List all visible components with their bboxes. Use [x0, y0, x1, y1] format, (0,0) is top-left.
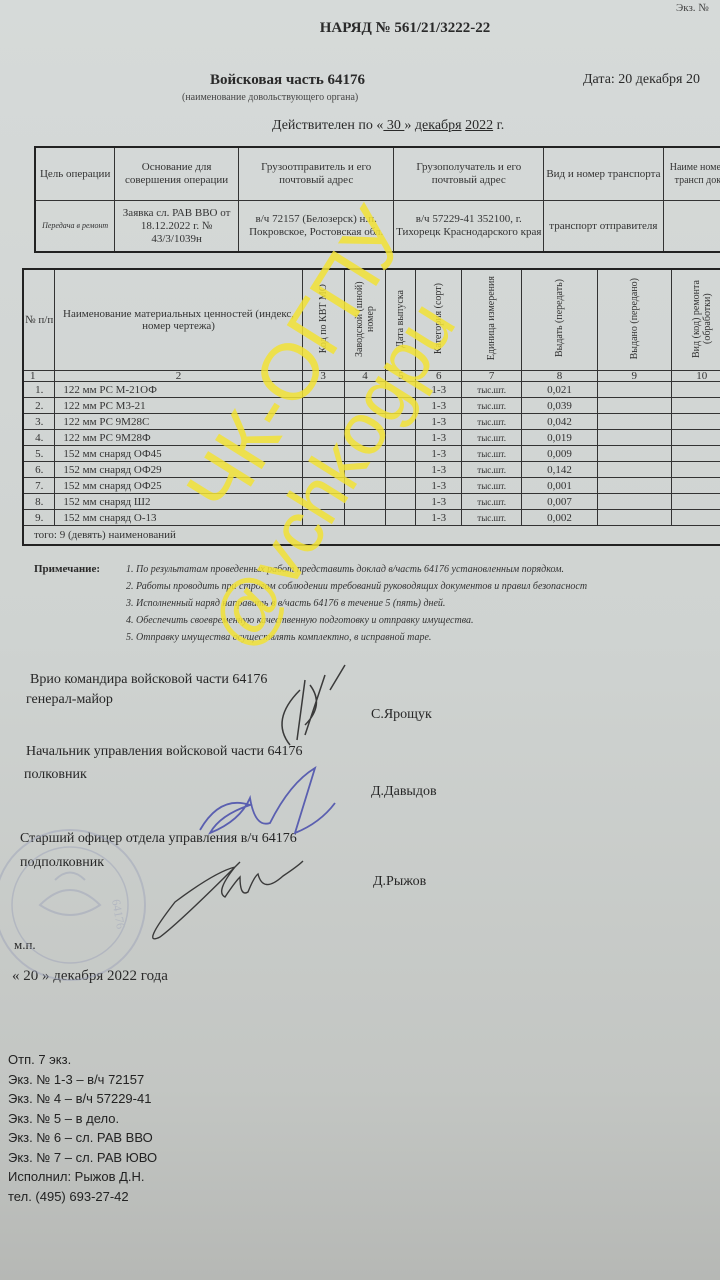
note-item: 3. Исполненный наряд направить в в/часть…: [126, 598, 445, 609]
column-number: 6: [416, 371, 462, 382]
item-category: 1-3: [416, 510, 462, 526]
items-header-cell: Выдано (передано): [597, 269, 671, 371]
item-serial: [344, 446, 386, 462]
item-quantity: 0,039: [522, 398, 598, 414]
item-date: [386, 478, 416, 494]
unit-caption: (наименование довольствующего органа): [182, 92, 358, 103]
item-category: 1-3: [416, 414, 462, 430]
distribution-line: тел. (495) 693-27-42: [8, 1189, 129, 1204]
document-date: Дата: 20 декабря 20: [583, 72, 700, 88]
item-number: 7.: [23, 478, 55, 494]
item-category: 1-3: [416, 446, 462, 462]
item-number: 3.: [23, 414, 55, 430]
items-header-cell: Дата выпуска: [386, 269, 416, 371]
item-serial: [344, 430, 386, 446]
distribution-line: Экз. № 7 – сл. РАВ ЮВО: [8, 1150, 157, 1165]
op-header-cell: Грузополучатель и его почтовый адрес: [394, 147, 544, 201]
item-name: 122 мм РС 9М28Ф: [55, 430, 302, 446]
items-header-cell: Заводской (шной) номер: [344, 269, 386, 371]
items-table: № п/п Наименование материальных ценносте…: [22, 268, 720, 546]
validity-prefix: Действителен по «: [272, 118, 383, 133]
item-name: 122 мм РС М3-21: [55, 398, 302, 414]
items-header-text: Дата выпуска: [395, 290, 406, 348]
items-header-cell: Вид (код) ремонта (обработки): [671, 269, 720, 371]
items-header-cell: Код по КВТ МО: [302, 269, 344, 371]
stamp-place-label: м.п.: [14, 937, 36, 953]
items-header-text: Код по КВТ МО: [318, 284, 329, 353]
signing-date: « 20 » декабря 2022 года: [12, 968, 168, 985]
note-item: 2. Работы проводить при строгом соблюден…: [126, 581, 587, 592]
op-header-cell: Основание для совершения операции: [115, 147, 239, 201]
operation-table: Цель операции Основание для совершения о…: [34, 146, 720, 253]
item-issued: [597, 430, 671, 446]
item-category: 1-3: [416, 430, 462, 446]
item-repair-type: [671, 398, 720, 414]
signature-1-icon: [282, 665, 345, 745]
item-kvt-code: [302, 382, 344, 398]
item-name: 152 мм снаряд Ш2: [55, 494, 302, 510]
items-header-text: Единица измерения: [486, 276, 497, 360]
item-kvt-code: [302, 510, 344, 526]
distribution-line: Исполнил: Рыжов Д.Н.: [8, 1169, 145, 1184]
signature-3-icon: [153, 861, 303, 939]
items-header-cell: Наименование материальных ценностей (инд…: [55, 269, 302, 371]
unit-name: Войсковая часть 64176: [210, 72, 365, 89]
item-row: 6.152 мм снаряд ОФ291-3тыс.шт.0,142: [23, 462, 720, 478]
item-quantity: 0,009: [522, 446, 598, 462]
column-number: 4: [344, 371, 386, 382]
items-header-text: Категория (сорт): [433, 283, 444, 354]
item-number: 5.: [23, 446, 55, 462]
validity-line: Действителен по « 30 » декабря 2022 г.: [272, 118, 504, 134]
item-date: [386, 494, 416, 510]
item-unit: тыс.шт.: [462, 478, 522, 494]
signatory-rank: полковник: [24, 767, 87, 783]
column-number: 2: [55, 371, 302, 382]
item-issued: [597, 414, 671, 430]
distribution-line: Экз. № 4 – в/ч 57229-41: [8, 1091, 151, 1106]
item-unit: тыс.шт.: [462, 430, 522, 446]
item-serial: [344, 510, 386, 526]
document-title: НАРЯД № 561/21/3222-22: [0, 20, 720, 37]
signatory-name: С.Ярощук: [371, 707, 432, 723]
item-row: 7.152 мм снаряд ОФ251-3тыс.шт.0,001: [23, 478, 720, 494]
item-quantity: 0,019: [522, 430, 598, 446]
item-serial: [344, 462, 386, 478]
op-basis-cell: Заявка сл. РАВ ВВО от 18.12.2022 г. № 43…: [115, 201, 239, 253]
item-unit: тыс.шт.: [462, 462, 522, 478]
item-kvt-code: [302, 462, 344, 478]
items-header-cell: Категория (сорт): [416, 269, 462, 371]
validity-month: декабря: [415, 118, 462, 133]
item-name: 122 мм РС М-21ОФ: [55, 382, 302, 398]
distribution-line: Отп. 7 экз.: [8, 1052, 71, 1067]
item-serial: [344, 478, 386, 494]
op-header-cell: Цель операции: [35, 147, 115, 201]
validity-day: 30: [383, 118, 404, 133]
validity-suffix: г.: [493, 118, 504, 133]
item-unit: тыс.шт.: [462, 494, 522, 510]
item-kvt-code: [302, 398, 344, 414]
signatory-rank: подполковник: [20, 855, 104, 871]
item-issued: [597, 462, 671, 478]
item-number: 1.: [23, 382, 55, 398]
item-repair-type: [671, 414, 720, 430]
item-row: 5.152 мм снаряд ОФ451-3тыс.шт.0,009: [23, 446, 720, 462]
item-serial: [344, 414, 386, 430]
signatory-rank: генерал-майор: [26, 692, 113, 708]
note-item: 4. Обеспечить своевременную качественную…: [126, 615, 473, 626]
item-name: 152 мм снаряд ОФ25: [55, 478, 302, 494]
validity-year: 2022: [465, 118, 493, 133]
item-repair-type: [671, 462, 720, 478]
item-number: 2.: [23, 398, 55, 414]
item-issued: [597, 510, 671, 526]
official-seal-icon: 64176: [0, 830, 145, 980]
items-header-row: № п/п Наименование материальных ценносте…: [23, 269, 720, 371]
distribution-line: Экз. № 1-3 – в/ч 72157: [8, 1072, 144, 1087]
item-row: 9.152 мм снаряд О-131-3тыс.шт.0,002: [23, 510, 720, 526]
item-date: [386, 398, 416, 414]
item-issued: [597, 446, 671, 462]
op-document-cell: [663, 201, 720, 253]
item-number: 8.: [23, 494, 55, 510]
item-repair-type: [671, 446, 720, 462]
document-page: Экз. № НАРЯД № 561/21/3222-22 Войсковая …: [0, 0, 720, 1280]
item-date: [386, 446, 416, 462]
item-quantity: 0,042: [522, 414, 598, 430]
op-header-cell: Грузоотправитель и его почтовый адрес: [238, 147, 394, 201]
item-unit: тыс.шт.: [462, 510, 522, 526]
item-category: 1-3: [416, 398, 462, 414]
item-serial: [344, 398, 386, 414]
items-header-text: Заводской (шной) номер: [354, 269, 376, 369]
op-header-cell: Наиме номер трансп док: [663, 147, 720, 201]
operation-data-row: Передача в ремонт Заявка сл. РАВ ВВО от …: [35, 201, 720, 253]
item-unit: тыс.шт.: [462, 382, 522, 398]
svg-text:64176: 64176: [109, 898, 128, 930]
signatory-name: Д.Рыжов: [373, 874, 426, 890]
item-kvt-code: [302, 414, 344, 430]
item-row: 4.122 мм РС 9М28Ф1-3тыс.шт.0,019: [23, 430, 720, 446]
item-issued: [597, 478, 671, 494]
item-date: [386, 382, 416, 398]
item-quantity: 0,021: [522, 382, 598, 398]
items-body: 1.122 мм РС М-21ОФ1-3тыс.шт.0,0212.122 м…: [23, 382, 720, 526]
item-repair-type: [671, 494, 720, 510]
column-number: 5: [386, 371, 416, 382]
item-issued: [597, 398, 671, 414]
column-number: 8: [522, 371, 598, 382]
copy-number-label: Экз. №: [676, 2, 709, 14]
item-category: 1-3: [416, 382, 462, 398]
item-date: [386, 510, 416, 526]
item-row: 2.122 мм РС М3-211-3тыс.шт.0,039: [23, 398, 720, 414]
item-serial: [344, 382, 386, 398]
item-row: 3.122 мм РС 9М28С1-3тыс.шт.0,042: [23, 414, 720, 430]
column-number: 9: [597, 371, 671, 382]
column-number: 7: [462, 371, 522, 382]
item-number: 6.: [23, 462, 55, 478]
item-category: 1-3: [416, 478, 462, 494]
item-date: [386, 414, 416, 430]
item-kvt-code: [302, 478, 344, 494]
column-number: 1: [23, 371, 55, 382]
item-quantity: 0,002: [522, 510, 598, 526]
signature-2-icon: [200, 768, 335, 833]
op-purpose-cell: Передача в ремонт: [35, 201, 115, 253]
item-quantity: 0,142: [522, 462, 598, 478]
item-quantity: 0,007: [522, 494, 598, 510]
items-header-text: Выдать (передать): [554, 279, 565, 357]
items-header-cell: Выдать (передать): [522, 269, 598, 371]
op-header-cell: Вид и номер транспорта: [544, 147, 664, 201]
operation-header-row: Цель операции Основание для совершения о…: [35, 147, 720, 201]
item-name: 152 мм снаряд ОФ29: [55, 462, 302, 478]
op-sender-cell: в/ч 72157 (Белозерск) н.п. Покровское, Р…: [238, 201, 394, 253]
note-item: 5. Отправку имущества осуществлять компл…: [126, 632, 431, 643]
item-quantity: 0,001: [522, 478, 598, 494]
item-name: 152 мм снаряд О-13: [55, 510, 302, 526]
signatory-position: Начальник управления войсковой части 641…: [26, 744, 302, 760]
distribution-line: Экз. № 6 – сл. РАВ ВВО: [8, 1130, 153, 1145]
column-number-row: 1 2 3 4 5 6 7 8 9 10: [23, 371, 720, 382]
item-issued: [597, 494, 671, 510]
signatory-position: Врио командира войсковой части 64176: [30, 672, 267, 688]
item-row: 8.152 мм снаряд Ш21-3тыс.шт.0,007: [23, 494, 720, 510]
signatory-position: Старший офицер отдела управления в/ч 641…: [20, 831, 297, 847]
op-transport-cell: транспорт отправителя: [544, 201, 664, 253]
item-category: 1-3: [416, 494, 462, 510]
item-repair-type: [671, 430, 720, 446]
items-total: того: 9 (девять) наименований: [23, 526, 720, 546]
items-header-text: Выдано (передано): [629, 278, 640, 359]
note-item: 1. По результатам проведенных работ пред…: [126, 564, 564, 575]
item-date: [386, 462, 416, 478]
item-number: 4.: [23, 430, 55, 446]
items-total-row: того: 9 (девять) наименований: [23, 526, 720, 546]
item-unit: тыс.шт.: [462, 398, 522, 414]
op-receiver-cell: в/ч 57229-41 352100, г. Тихорецк Краснод…: [394, 201, 544, 253]
item-date: [386, 430, 416, 446]
item-repair-type: [671, 478, 720, 494]
item-kvt-code: [302, 446, 344, 462]
item-name: 122 мм РС 9М28С: [55, 414, 302, 430]
item-unit: тыс.шт.: [462, 446, 522, 462]
column-number: 3: [302, 371, 344, 382]
item-name: 152 мм снаряд ОФ45: [55, 446, 302, 462]
item-unit: тыс.шт.: [462, 414, 522, 430]
item-kvt-code: [302, 430, 344, 446]
items-header-cell: № п/п: [23, 269, 55, 371]
signatory-name: Д.Давыдов: [371, 784, 437, 800]
item-kvt-code: [302, 494, 344, 510]
notes-label: Примечание:: [34, 563, 100, 575]
item-number: 9.: [23, 510, 55, 526]
column-number: 10: [671, 371, 720, 382]
items-header-text: Вид (код) ремонта (обработки): [691, 269, 713, 369]
validity-mid: »: [404, 118, 415, 133]
item-repair-type: [671, 382, 720, 398]
item-category: 1-3: [416, 462, 462, 478]
item-issued: [597, 382, 671, 398]
distribution-line: Экз. № 5 – в дело.: [8, 1111, 119, 1126]
item-row: 1.122 мм РС М-21ОФ1-3тыс.шт.0,021: [23, 382, 720, 398]
item-serial: [344, 494, 386, 510]
items-header-cell: Единица измерения: [462, 269, 522, 371]
item-repair-type: [671, 510, 720, 526]
